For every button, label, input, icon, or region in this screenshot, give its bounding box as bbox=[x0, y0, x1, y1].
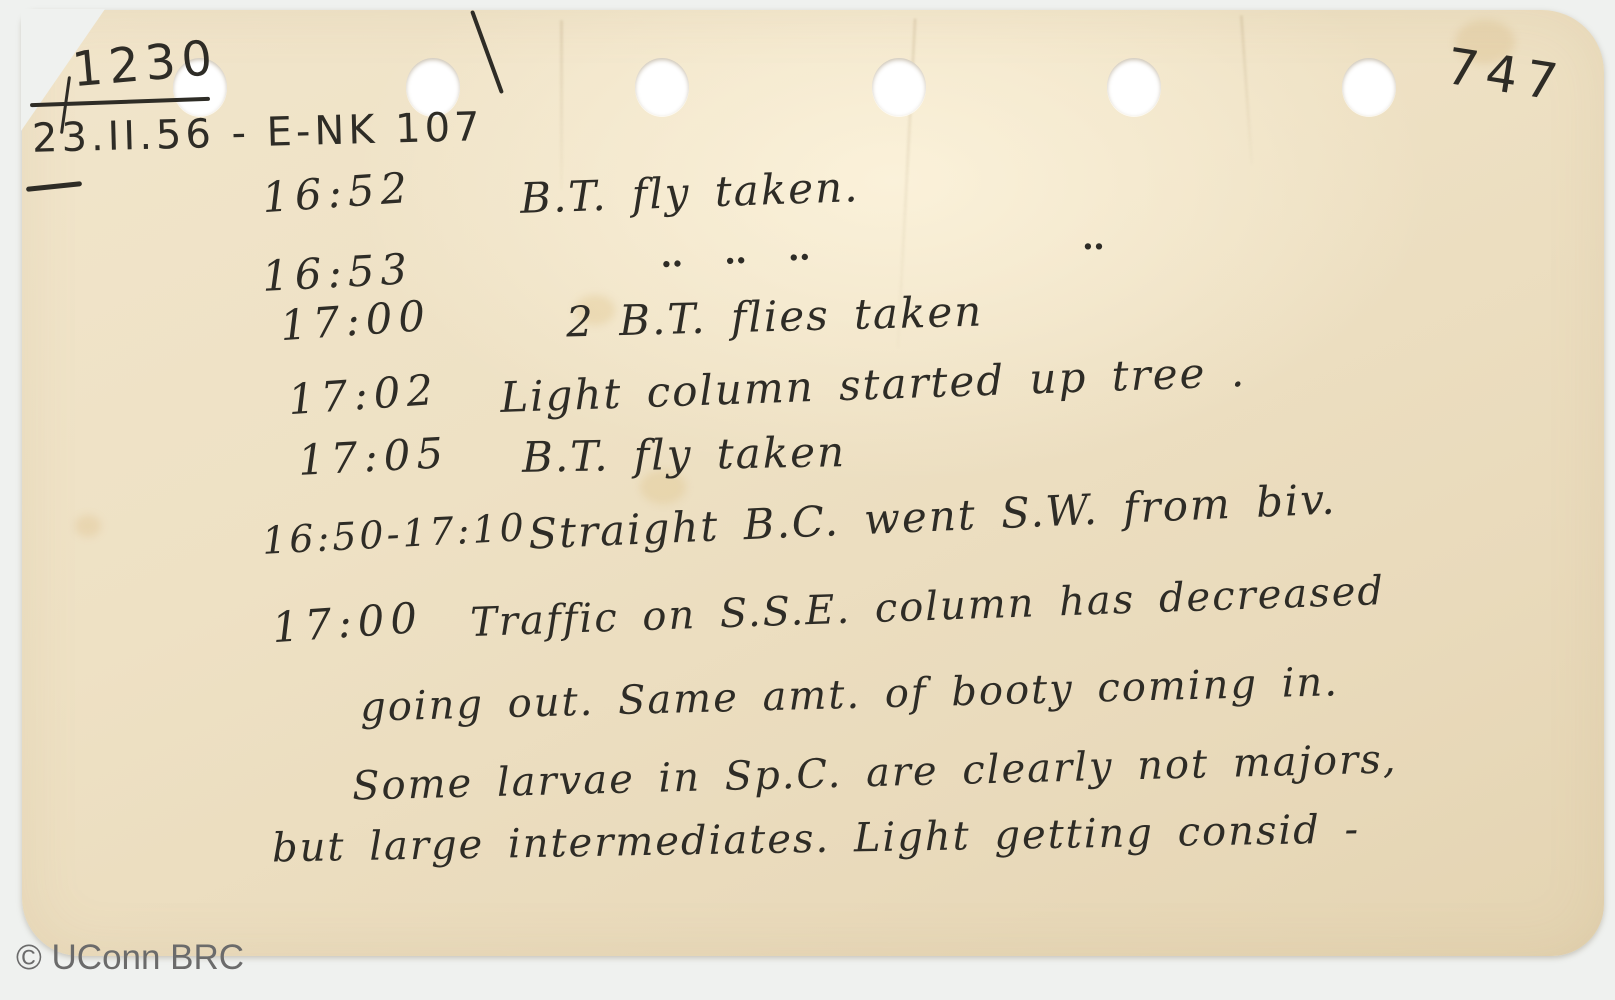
punch-hole bbox=[635, 58, 689, 116]
punch-hole bbox=[1107, 58, 1161, 116]
entry-time: 17:02 bbox=[286, 365, 440, 424]
punch-hole bbox=[872, 58, 926, 116]
copyright-watermark: © UConn BRC bbox=[16, 938, 244, 978]
entry-time: 17:00 bbox=[278, 291, 432, 350]
entry-time: 17:00 bbox=[270, 593, 424, 652]
entry-time: 17:05 bbox=[297, 428, 450, 485]
stain bbox=[75, 515, 101, 537]
punch-hole bbox=[1342, 58, 1396, 116]
paper-crease bbox=[560, 20, 563, 190]
ditto-marks: ‥ ‥ ‥ bbox=[659, 228, 821, 276]
ditto-marks: ‥ bbox=[1082, 218, 1115, 258]
entry-text: B.T. fly taken bbox=[522, 427, 847, 482]
entry-time: 16:52 bbox=[260, 163, 414, 222]
